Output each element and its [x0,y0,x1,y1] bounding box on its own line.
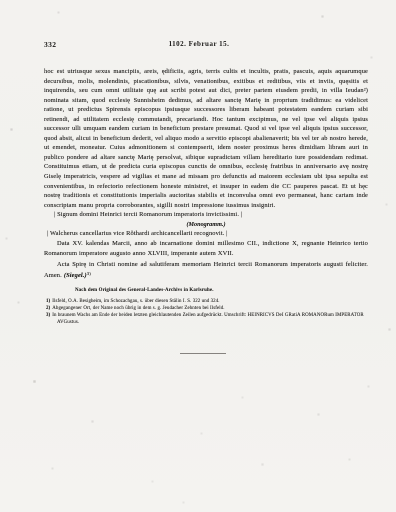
page-header: 332 1102. Februar 15. [44,40,368,50]
charter-body-text: hoc est utriusque sexus mancipiis, areis… [44,67,368,210]
footnote-1-text: Ilsfeld, O.A. Besigheim, im Schozachgau,… [52,299,219,304]
footnote-ref-3: 3) [87,271,91,276]
footnote-2: 2)Abgegangener Ort, der Name noch übrig … [46,305,368,312]
footnote-2-text: Abgegangener Ort, der Name noch übrig in… [52,306,224,311]
acta-paragraph: Acta Spirę in Christi nomine ad salutife… [44,260,368,281]
acta-text: Acta Spirę in Christi nomine ad salutife… [44,261,368,280]
charter-date-heading: 1102. Februar 15. [44,40,354,48]
provenance-note: Nach dem Original des General-Landes-Arc… [75,288,368,293]
chancellor-recognition-line: | Walcherus cancellarius vice Rŏthardi a… [47,229,368,239]
monogram-note: (Monogramm.) [44,220,368,230]
scanned-book-page: 332 1102. Februar 15. hoc est utriusque … [0,0,396,512]
datum-paragraph: Data XV. kalendas Marcii, anno ab incarn… [44,239,368,258]
section-divider [180,353,226,354]
text-column: 332 1102. Februar 15. hoc est utriusque … [44,40,368,354]
scan-artifacts [0,0,1,1]
footnotes-block: 1)Ilsfeld, O.A. Besigheim, im Schozachga… [44,298,368,327]
seal-note: (Siegel.) [64,272,87,279]
footnote-3-text: In braunem Wachs am Ende der beiden letz… [52,313,363,325]
footnote-1: 1)Ilsfeld, O.A. Besigheim, im Schozachga… [46,298,368,305]
signum-line: | Signum domini Heinrici tercii Romanoru… [54,210,368,220]
footnote-3: 3)In braunem Wachs am Ende der beiden le… [46,312,368,326]
